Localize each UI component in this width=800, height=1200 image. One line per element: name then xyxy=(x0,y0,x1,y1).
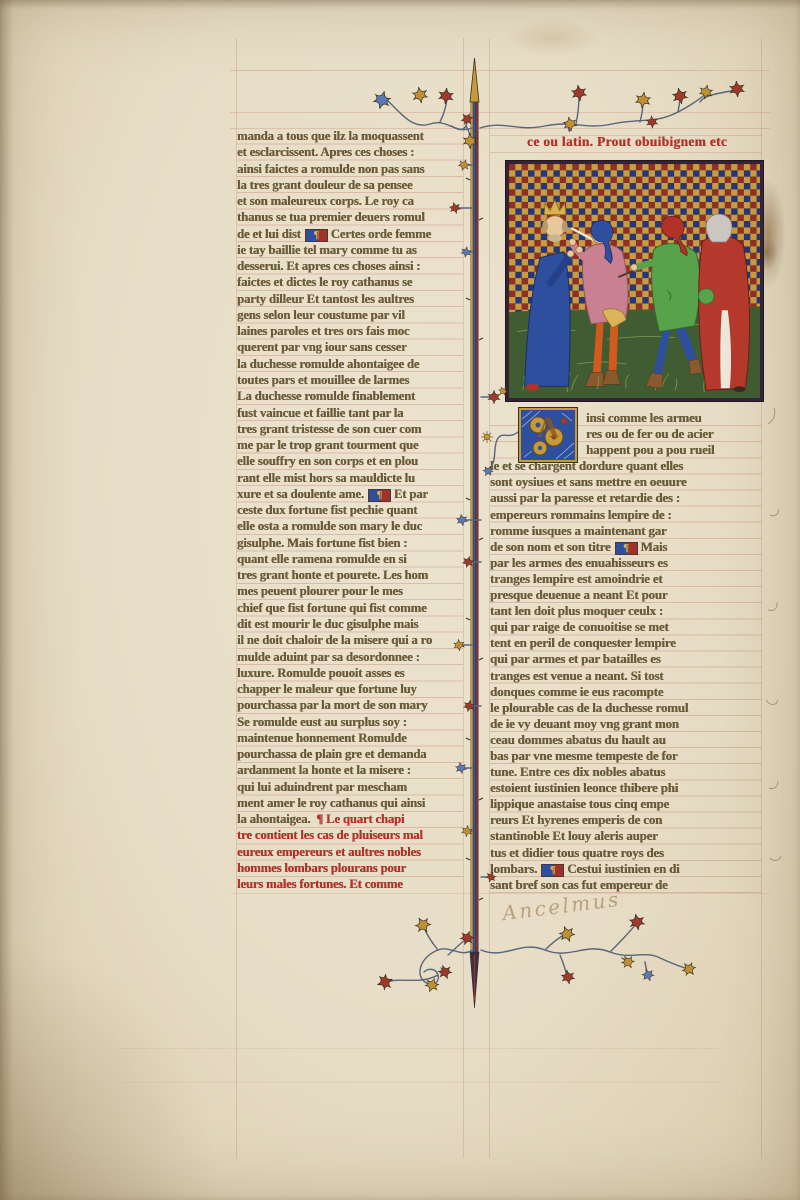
text-segment: rant elle mist hors sa mauldicte lu xyxy=(237,471,415,485)
text-line: tranges est venue a neant. Si tost xyxy=(490,668,762,684)
text-line: ceau dommes abatus du hault au xyxy=(490,732,762,748)
ivy-leaf xyxy=(730,80,745,97)
text-line: xure et sa doulente ame. ¶Et par xyxy=(237,486,463,502)
paraph-mark: ¶ xyxy=(615,542,638,555)
text-line: Se romulde eust au surplus soy : xyxy=(237,714,463,730)
text-segment: pourchassa par la mort de son mary xyxy=(237,698,427,712)
text-line: et esclarcissent. Apres ces choses : xyxy=(237,144,463,160)
text-segment: la ahontaigea. xyxy=(237,812,313,826)
ivy-leaf xyxy=(372,89,391,110)
text-line: bas par vne mesme tempeste de for xyxy=(490,748,762,764)
text-segment: de ie vy deuant moy vng grant mon xyxy=(490,716,679,731)
text-line: la tres grant douleur de sa pensee xyxy=(237,177,463,193)
text-segment: reurs Et hyrenes emperis de con xyxy=(490,812,662,827)
text-segment: tranges est venue a neant. Si tost xyxy=(490,668,663,683)
text-line: gisulphe. Mais fortune fist bien : xyxy=(237,535,463,551)
text-segment: tune. Entre ces dix nobles abatus xyxy=(490,764,665,779)
ivy-leaf xyxy=(439,87,454,104)
text-line: romme iusques a maintenant gar xyxy=(490,523,762,539)
text-segment: laines paroles et tres ors fais moc xyxy=(237,324,409,338)
text-segment: presque deuenue a neant Et pour xyxy=(490,587,667,602)
text-segment: il ne doit chaloir de la misere qui a ro xyxy=(237,633,432,647)
text-line: toutes pars et mouillee de larmes xyxy=(237,372,463,388)
text-segment: mes peuent plourer pour le mes xyxy=(237,584,403,598)
text-segment: happent pou a pou rueil xyxy=(586,442,714,457)
text-segment: tres grant tristesse de son cuer com xyxy=(237,422,421,436)
text-segment: elle osta a romulde son mary le duc xyxy=(237,519,422,533)
ivy-leaf xyxy=(558,924,576,944)
text-segment: chief que fist fortune qui fist comme xyxy=(237,601,427,615)
text-line: fust vaincue et faillie tant par la xyxy=(237,405,463,421)
text-line: aussi par la paresse et retardie des : xyxy=(490,490,762,506)
rubric-caption: ce ou latin. Prout obuibignem etc xyxy=(527,134,727,150)
text-segment: de son nom et son titre xyxy=(490,539,614,554)
text-line: qui lui aduindrent par mescham xyxy=(237,779,463,795)
text-line: chapper le maleur que fortune luy xyxy=(237,681,463,697)
text-line: pourchassa par la mort de son mary xyxy=(237,697,463,713)
text-line: stantinoble Et louy aleris auper xyxy=(490,828,762,844)
text-segment: Et par xyxy=(394,487,428,501)
ivy-leaf xyxy=(437,963,453,981)
text-segment: Le quart chapi xyxy=(326,812,404,826)
text-segment: luxure. Romulde pouoit asses es xyxy=(237,666,404,680)
text-line: qui par armes et par batailles es xyxy=(490,651,762,667)
text-line: ainsi faictes a romulde non pas sans xyxy=(237,161,463,177)
text-segment: elle souffry en son corps et en plou xyxy=(237,454,418,468)
text-line: eureux empereurs et aultres nobles xyxy=(237,844,463,860)
ivy-leaf xyxy=(412,86,428,104)
text-line: tranges lempire est amoindrie et xyxy=(490,571,762,587)
text-segment: pourchassa de plain gre et demanda xyxy=(237,747,426,761)
text-line: lombars. ¶Cestui iustinien en di xyxy=(490,861,762,877)
text-segment: de et lui dist xyxy=(237,227,304,241)
ivy-leaf xyxy=(699,84,713,100)
text-line: de et lui dist ¶Certes orde femme xyxy=(237,226,463,242)
text-segment: Mais xyxy=(641,539,668,554)
text-line: lippique anastaise tous cinq empe xyxy=(490,796,762,812)
text-line: mulde aduint par sa desordonnee : xyxy=(237,649,463,665)
text-line: faictes et dictes le roy cathanus se xyxy=(237,274,463,290)
text-line: le plourable cas de la duchesse romul xyxy=(490,700,762,716)
margin-flourishes xyxy=(766,408,781,860)
ruling-line-horizontal xyxy=(230,112,770,113)
text-segment: ainsi faictes a romulde non pas sans xyxy=(237,162,424,176)
ruling-line-horizontal xyxy=(230,70,770,71)
text-segment: gens selon leur coustume par vil xyxy=(237,308,405,322)
text-line: tant len doit plus moquer ceulx : xyxy=(490,603,762,619)
text-segment: ment amer le roy cathanus qui ainsi xyxy=(237,796,425,810)
stain xyxy=(505,20,600,56)
text-line: chief que fist fortune qui fist comme xyxy=(237,600,463,616)
text-segment: qui par armes et par batailles es xyxy=(490,651,661,666)
text-segment: tranges lempire est amoindrie et xyxy=(490,571,662,586)
text-line: desserui. Et apres ces choses ainsi : xyxy=(237,258,463,274)
ruling-line-vertical xyxy=(463,38,464,1158)
text-segment: le plourable cas de la duchesse romul xyxy=(490,700,688,715)
ivy-leaf xyxy=(563,116,577,132)
text-line: ment amer le roy cathanus qui ainsi xyxy=(237,795,463,811)
ivy-leaf xyxy=(375,973,395,991)
paraph-mark: ¶ xyxy=(305,229,328,242)
text-segment: maintenue honnement Romulde xyxy=(237,731,407,745)
text-segment: party dilleur Et tantost les aultres xyxy=(237,292,414,306)
text-line: qui par raige de conuoitise se met xyxy=(490,619,762,635)
text-line: manda a tous que ilz la moquassent xyxy=(237,128,463,144)
ivy-leaf xyxy=(629,913,645,931)
text-line: donques comme ie eus racompte xyxy=(490,684,762,700)
text-line: rant elle mist hors sa mauldicte lu xyxy=(237,470,463,486)
ivy-leaf xyxy=(571,84,587,102)
text-segment: hommes lombars plourans pour xyxy=(237,861,406,875)
text-line: mes peuent plourer pour le mes xyxy=(237,583,463,599)
ruling-line-horizontal xyxy=(120,1048,720,1049)
ivy-leaf xyxy=(424,976,440,994)
text-segment: thanus se tua premier deuers romul xyxy=(237,210,425,224)
text-segment: tent en peril de conquester lempire xyxy=(490,635,676,650)
text-segment: tant len doit plus moquer ceulx : xyxy=(490,603,663,618)
ruling-line-horizontal xyxy=(490,152,762,153)
text-segment: lombars. xyxy=(490,861,540,876)
text-line: party dilleur Et tantost les aultres xyxy=(237,291,463,307)
text-line: tres grant honte et pourete. Les hom xyxy=(237,567,463,583)
text-line: gens selon leur coustume par vil xyxy=(237,307,463,323)
ivy-leaf xyxy=(680,960,698,979)
text-segment: Se romulde eust au surplus soy : xyxy=(237,715,407,729)
right-text-column: insi comme les armeures ou de fer ou de … xyxy=(490,410,762,893)
text-segment: aussi par la paresse et retardie des : xyxy=(490,490,680,505)
page-edge-shade xyxy=(0,0,800,10)
paraph-mark: ¶ xyxy=(368,489,391,502)
text-segment: qui par raige de conuoitise se met xyxy=(490,619,669,634)
ivy-leaf xyxy=(635,91,651,109)
ivy-leaf xyxy=(561,969,575,985)
text-segment: Certes orde femme xyxy=(331,227,431,241)
ivy-leaf xyxy=(641,967,655,982)
initial-letter: A xyxy=(518,411,578,445)
text-segment: manda a tous que ilz la moquassent xyxy=(237,129,424,143)
text-line: presque deuenue a neant Et pour xyxy=(490,587,762,603)
text-line: maintenue honnement Romulde xyxy=(237,730,463,746)
text-segment: qui lui aduindrent par mescham xyxy=(237,780,407,794)
text-line: estoient iustinien leonce thibere phi xyxy=(490,780,762,796)
text-segment: insi comme les armeu xyxy=(586,410,702,425)
ivy-leaf xyxy=(646,115,658,128)
text-segment: et son maleureux corps. Le roy ca xyxy=(237,194,414,208)
text-segment: mulde aduint par sa desordonnee : xyxy=(237,650,420,664)
bar-thorns xyxy=(466,178,483,900)
text-segment: empereurs rommains lempire de : xyxy=(490,507,672,522)
ivy-leaf xyxy=(459,929,475,947)
text-line: de ie vy deuant moy vng grant mon xyxy=(490,716,762,732)
text-line: laines paroles et tres ors fais moc xyxy=(237,323,463,339)
ruling-line-horizontal xyxy=(230,893,770,894)
border-bar xyxy=(470,58,479,1008)
text-line: tres grant tristesse de son cuer com xyxy=(237,421,463,437)
text-segment: romme iusques a maintenant gar xyxy=(490,523,666,538)
text-line: et son maleureux corps. Le roy ca xyxy=(237,193,463,209)
text-segment: sant bref son cas fut empereur de xyxy=(490,877,668,892)
text-segment: quant elle ramena romulde en si xyxy=(237,552,407,566)
text-segment: par les armes des enuahisseurs es xyxy=(490,555,668,570)
text-line: tre contient les cas de pluiseurs mal xyxy=(237,827,463,843)
text-line: querent par vng iour sans cesser xyxy=(237,339,463,355)
left-text-column: manda a tous que ilz la moquassentet esc… xyxy=(237,128,463,892)
text-segment: sont oysiues et sans mettre en oeuure xyxy=(490,474,687,489)
text-line: ceste dux fortune fist pechie quant xyxy=(237,502,463,518)
manuscript-page: manda a tous que ilz la moquassentet esc… xyxy=(0,0,800,1200)
text-segment: ardanment la honte et la misere : xyxy=(237,763,411,777)
text-segment: desserui. Et apres ces choses ainsi : xyxy=(237,259,420,273)
text-segment: dit est mourir le duc gisulphe mais xyxy=(237,617,418,631)
text-line: La duchesse romulde finablement xyxy=(237,388,463,404)
text-segment: tus et didier tous quatre roys des xyxy=(490,845,664,860)
text-line: tune. Entre ces dix nobles abatus xyxy=(490,764,762,780)
text-line: hommes lombars plourans pour xyxy=(237,860,463,876)
text-segment: la tres grant douleur de sa pensee xyxy=(237,178,412,192)
text-line: dit est mourir le duc gisulphe mais xyxy=(237,616,463,632)
text-line: me par le trop grant tourment que xyxy=(237,437,463,453)
text-segment: querent par vng iour sans cesser xyxy=(237,340,407,354)
paraph-mark: ¶ xyxy=(541,864,564,877)
text-line: par les armes des enuahisseurs es xyxy=(490,555,762,571)
text-line: il ne doit chaloir de la misere qui a ro xyxy=(237,632,463,648)
text-line: tent en peril de conquester lempire xyxy=(490,635,762,651)
ivy-leaf xyxy=(413,915,433,936)
text-segment: donques comme ie eus racompte xyxy=(490,684,663,699)
text-line: sont oysiues et sans mettre en oeuure xyxy=(490,474,762,490)
text-segment: res ou de fer ou de acier xyxy=(586,426,713,441)
ivy-leaf xyxy=(672,87,689,106)
text-segment: tres grant honte et pourete. Les hom xyxy=(237,568,428,582)
text-line: sant bref son cas fut empereur de xyxy=(490,877,762,893)
paraph-mark: ¶ xyxy=(316,811,323,827)
text-segment: ie tay baillie tel mary comme tu as xyxy=(237,243,417,257)
text-line: quant elle ramena romulde en si xyxy=(237,551,463,567)
page-corner-shade xyxy=(0,920,240,1200)
text-segment: leurs males fortunes. Et comme xyxy=(237,877,403,891)
text-line: luxure. Romulde pouoit asses es xyxy=(237,665,463,681)
text-segment: et esclarcissent. Apres ces choses : xyxy=(237,145,414,159)
text-segment: lippique anastaise tous cinq empe xyxy=(490,796,669,811)
text-line: elle souffry en son corps et en plou xyxy=(237,453,463,469)
text-line: la duchesse romulde ahontaigee de xyxy=(237,356,463,372)
text-segment: Cestui iustinien en di xyxy=(567,861,679,876)
text-line: leurs males fortunes. Et comme xyxy=(237,876,463,892)
ivy-leaf xyxy=(463,699,475,712)
text-segment: faictes et dictes le roy cathanus se xyxy=(237,275,412,289)
text-line: pourchassa de plain gre et demanda xyxy=(237,746,463,762)
text-segment: fust vaincue et faillie tant par la xyxy=(237,406,403,420)
ivy-leaf xyxy=(488,390,499,404)
text-line: de son nom et son titre ¶Mais xyxy=(490,539,762,555)
ivy-leaf xyxy=(464,133,477,148)
text-segment: xure et sa doulente ame. xyxy=(237,487,367,501)
ivy-leaf xyxy=(620,953,636,970)
text-line: ie tay baillie tel mary comme tu as xyxy=(237,242,463,258)
text-segment: estoient iustinien leonce thibere phi xyxy=(490,780,678,795)
text-line: la ahontaigea. ¶Le quart chapi xyxy=(237,811,463,827)
text-line: empereurs rommains lempire de : xyxy=(490,507,762,523)
text-segment: chapper le maleur que fortune luy xyxy=(237,682,417,696)
text-line: ardanment la honte et la misere : xyxy=(237,762,463,778)
text-segment: eureux empereurs et aultres nobles xyxy=(237,845,421,859)
text-segment: me par le trop grant tourment que xyxy=(237,438,418,452)
text-line: reurs Et hyrenes emperis de con xyxy=(490,812,762,828)
text-segment: ceau dommes abatus du hault au xyxy=(490,732,666,747)
illuminated-initial: A xyxy=(518,407,578,463)
text-line: elle osta a romulde son mary le duc xyxy=(237,518,463,534)
text-line: thanus se tua premier deuers romul xyxy=(237,209,463,225)
text-segment: tre contient les cas de pluiseurs mal xyxy=(237,828,423,842)
ivy-leaf xyxy=(459,111,475,127)
text-segment: toutes pars et mouillee de larmes xyxy=(237,373,409,387)
text-line: tus et didier tous quatre roys des xyxy=(490,845,762,861)
text-segment: gisulphe. Mais fortune fist bien : xyxy=(237,536,407,550)
text-segment: stantinoble Et louy aleris auper xyxy=(490,828,658,843)
text-segment: La duchesse romulde finablement xyxy=(237,389,415,403)
text-segment: la duchesse romulde ahontaigee de xyxy=(237,357,419,371)
text-segment: ceste dux fortune fist pechie quant xyxy=(237,503,417,517)
text-segment: bas par vne mesme tempeste de for xyxy=(490,748,677,763)
miniature-painting xyxy=(506,161,763,401)
ruling-line-horizontal xyxy=(120,1082,720,1083)
